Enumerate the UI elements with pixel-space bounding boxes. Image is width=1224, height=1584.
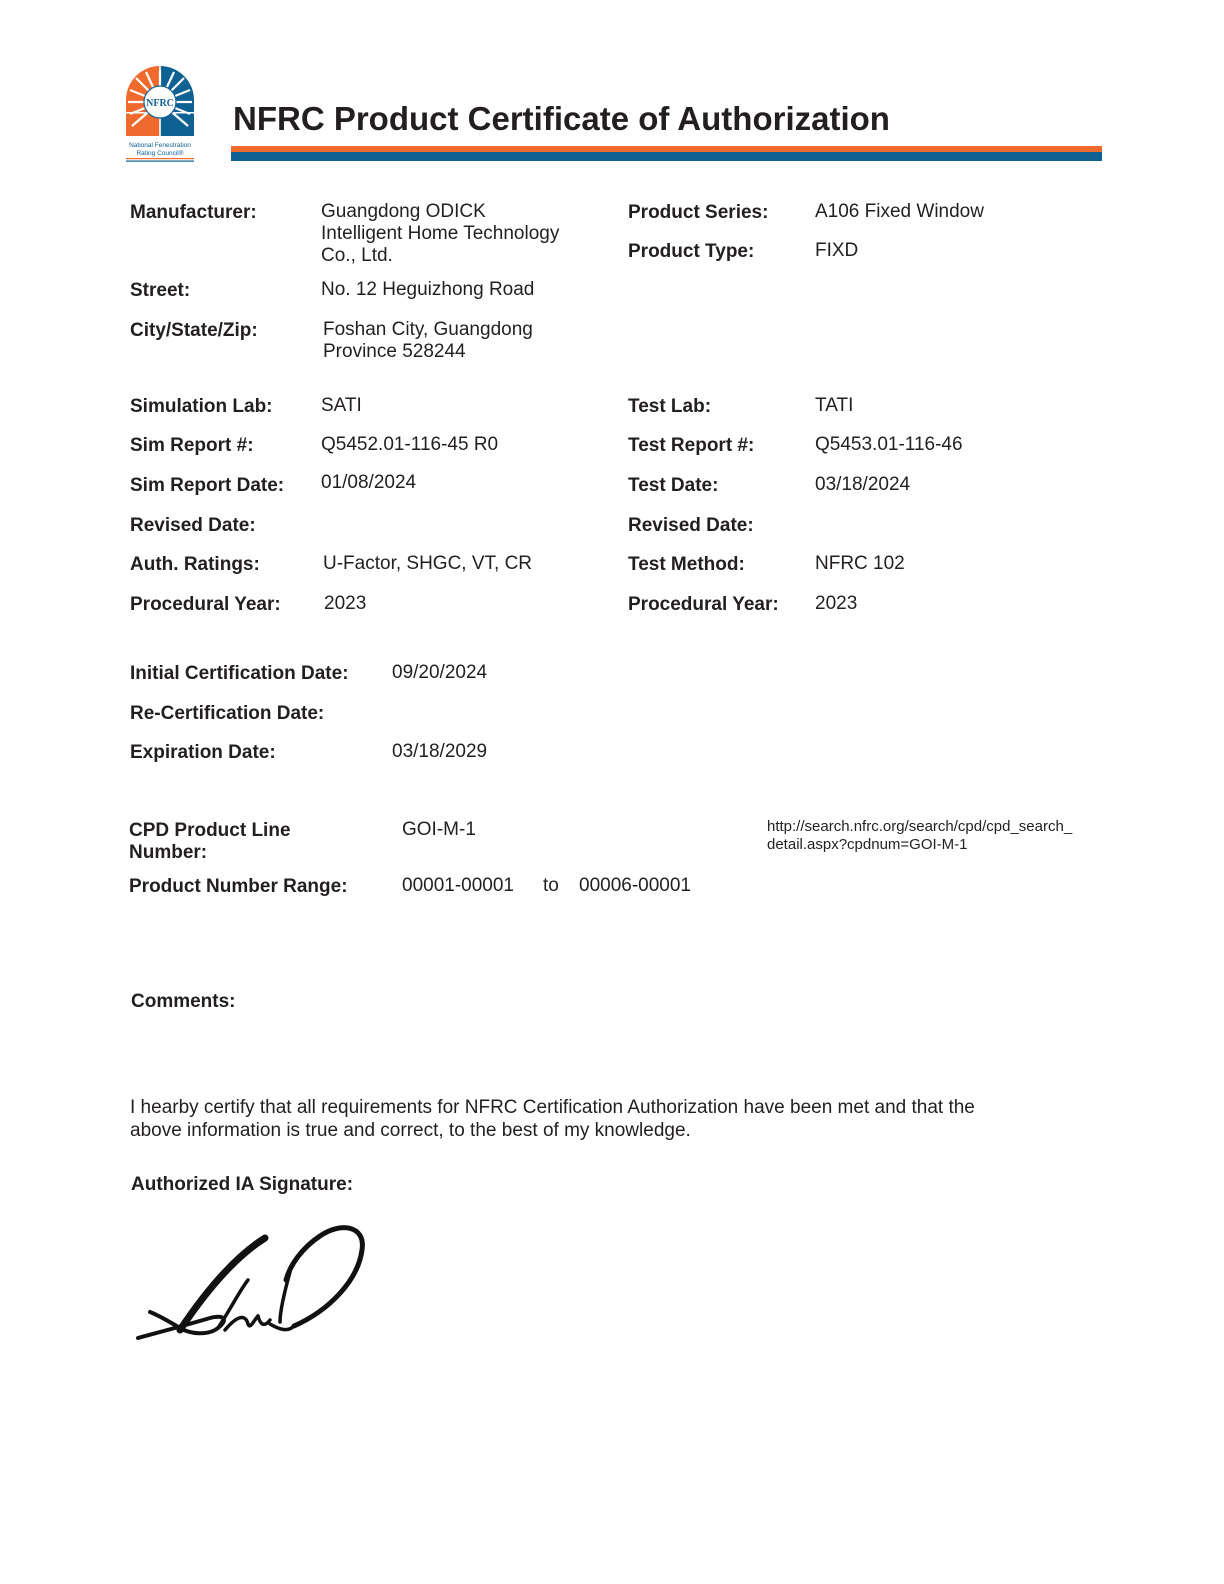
simulation-lab-value: SATI <box>321 395 362 417</box>
cpd-search-link[interactable]: http://search.nfrc.org/search/cpd/cpd_se… <box>767 818 1107 854</box>
comments-label: Comments: <box>131 991 236 1013</box>
cpd-product-line-value: GOI-M-1 <box>402 819 476 841</box>
sim-report-date-label: Sim Report Date: <box>130 475 284 497</box>
expiration-date-label: Expiration Date: <box>130 742 276 764</box>
page-title: NFRC Product Certificate of Authorizatio… <box>233 100 890 138</box>
svg-text:National Fenestration: National Fenestration <box>129 142 191 149</box>
signature-label: Authorized IA Signature: <box>131 1174 353 1196</box>
product-number-range-from: 00001-00001 <box>402 875 514 897</box>
cpd-product-line-label: CPD Product Line Number: <box>129 820 291 864</box>
expiration-date-value: 03/18/2029 <box>392 741 487 763</box>
test-lab-label: Test Lab: <box>628 396 711 418</box>
product-series-value: A106 Fixed Window <box>815 201 984 223</box>
signature-image <box>130 1220 370 1345</box>
test-method-label: Test Method: <box>628 554 745 576</box>
simulation-lab-label: Simulation Lab: <box>130 396 273 418</box>
initial-certification-date-label: Initial Certification Date: <box>130 663 349 685</box>
city-value: Foshan City, Guangdong Province 528244 <box>323 319 533 363</box>
sim-revised-date-label: Revised Date: <box>130 515 256 537</box>
product-type-value: FIXD <box>815 240 858 262</box>
test-date-label: Test Date: <box>628 475 718 497</box>
sim-procedural-year-label: Procedural Year: <box>130 594 281 616</box>
street-value: No. 12 Heguizhong Road <box>321 279 534 301</box>
product-series-label: Product Series: <box>628 202 768 224</box>
auth-ratings-label: Auth. Ratings: <box>130 554 260 576</box>
test-revised-date-label: Revised Date: <box>628 515 754 537</box>
manufacturer-value: Guangdong ODICK Intelligent Home Technol… <box>321 201 559 267</box>
test-lab-value: TATI <box>815 395 853 417</box>
nfrc-logo: NFRC National Fenestration Rating Counci… <box>118 64 202 164</box>
svg-text:NFRC: NFRC <box>146 98 174 109</box>
recertification-date-label: Re-Certification Date: <box>130 703 324 725</box>
product-number-range-to-word: to <box>543 875 559 897</box>
manufacturer-label: Manufacturer: <box>130 202 257 224</box>
test-report-number-label: Test Report #: <box>628 435 754 457</box>
product-number-range-label: Product Number Range: <box>129 876 348 898</box>
test-procedural-year-label: Procedural Year: <box>628 594 779 616</box>
product-type-label: Product Type: <box>628 241 754 263</box>
product-number-range-to: 00006-00001 <box>579 875 691 897</box>
sim-report-number-label: Sim Report #: <box>130 435 254 457</box>
test-date-value: 03/18/2024 <box>815 474 910 496</box>
header-rule-blue <box>231 152 1102 161</box>
handwritten-signature-icon <box>130 1220 370 1345</box>
test-procedural-year-value: 2023 <box>815 593 857 615</box>
sim-report-date-value: 01/08/2024 <box>321 472 416 494</box>
street-label: Street: <box>130 280 190 302</box>
svg-text:Rating Council®: Rating Council® <box>136 149 183 157</box>
test-method-value: NFRC 102 <box>815 553 905 575</box>
city-label: City/State/Zip: <box>130 320 258 342</box>
nfrc-sun-window-icon: NFRC National Fenestration Rating Counci… <box>118 64 202 164</box>
test-report-number-value: Q5453.01-116-46 <box>815 434 963 456</box>
sim-procedural-year-value: 2023 <box>324 593 366 615</box>
sim-report-number-value: Q5452.01-116-45 R0 <box>321 434 498 456</box>
initial-certification-date-value: 09/20/2024 <box>392 662 487 684</box>
certification-statement: I hearby certify that all requirements f… <box>130 1096 1050 1142</box>
auth-ratings-value: U-Factor, SHGC, VT, CR <box>323 553 532 575</box>
